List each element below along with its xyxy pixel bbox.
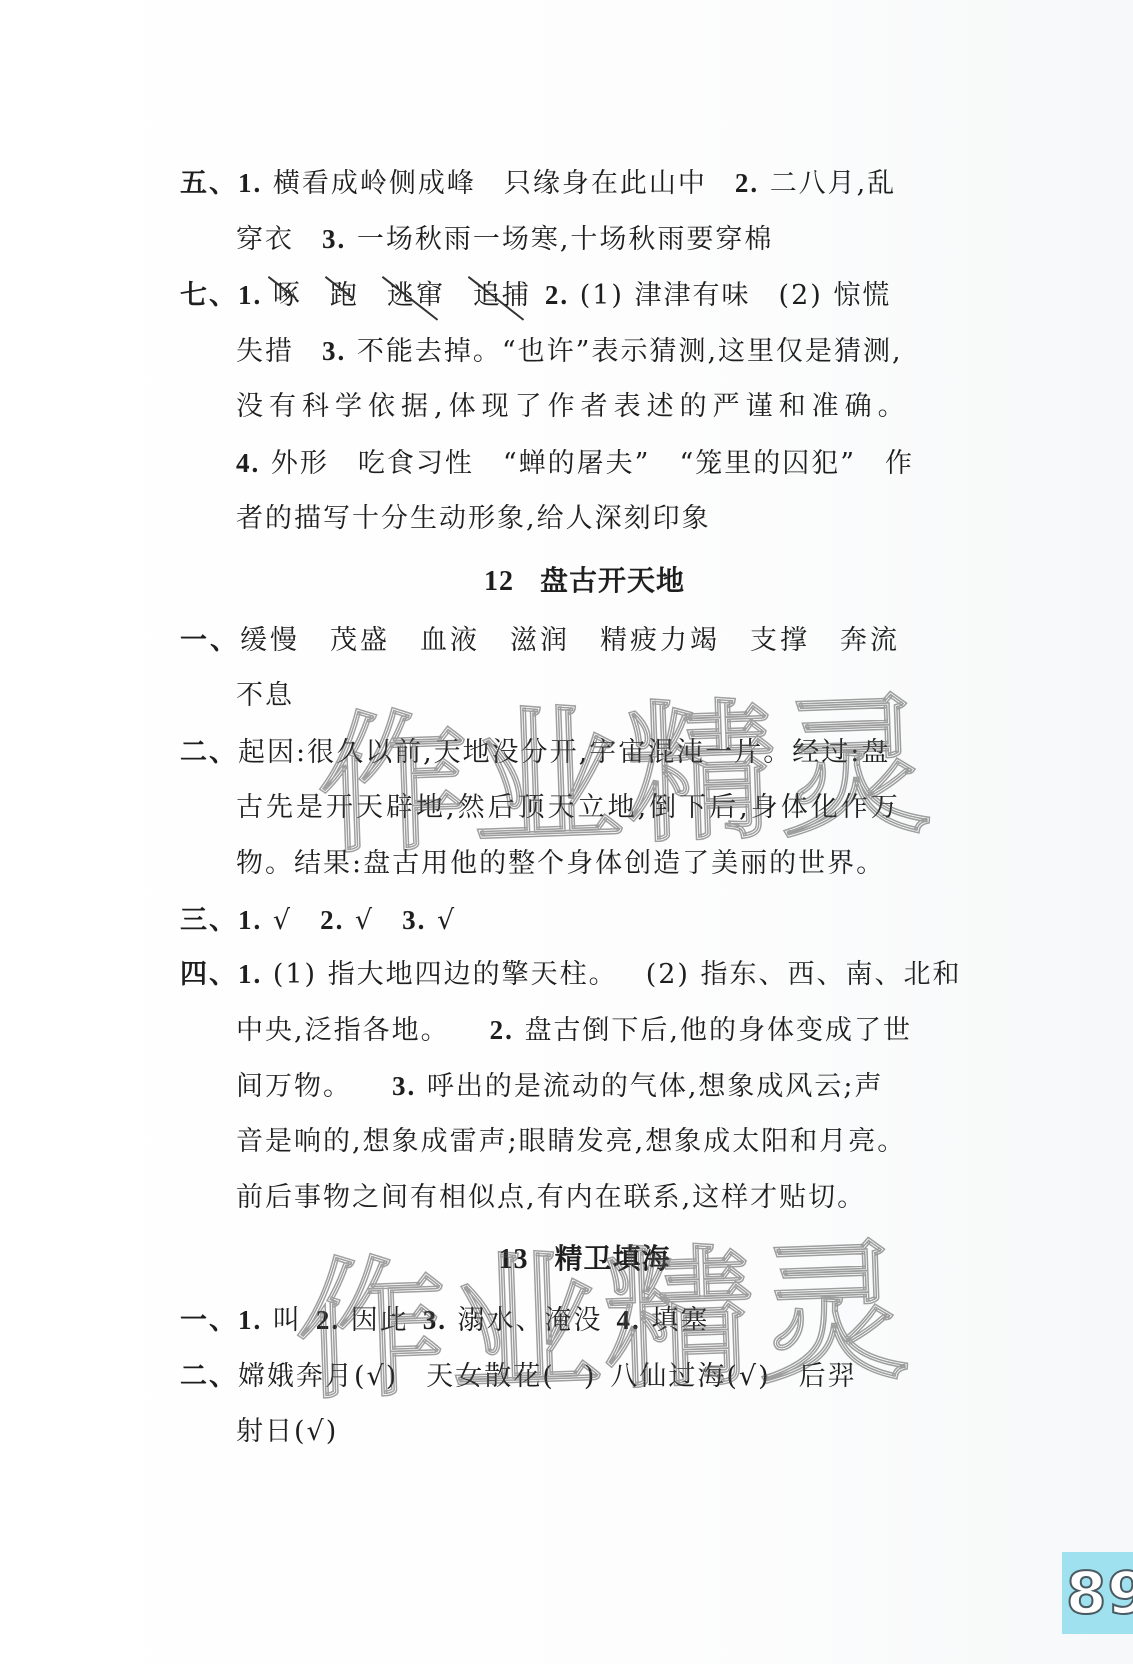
answer-text: 溺水、淹没 bbox=[458, 1305, 603, 1336]
question-label: 五、 bbox=[180, 168, 238, 198]
lesson-heading-13: 13精卫填海 bbox=[18, 1234, 1133, 1285]
document-page: 五、1. 横看成岭侧成峰只缘身在此山中2. 二八月,乱 穿衣3. 一场秋雨一场寒… bbox=[0, 0, 1133, 1664]
answer-line-12-4-2: 中央,泛指各地。2. 盘古倒下后,他的身体变成了世 bbox=[236, 1002, 955, 1058]
answer-line-12-1-1: 一、缓慢 茂盛 血液 滋润 精疲力竭 支撑 奔流 bbox=[180, 612, 955, 668]
check-mark: √ bbox=[355, 905, 374, 936]
answer-text: 失措 bbox=[236, 336, 294, 367]
lesson-number: 13 bbox=[498, 1244, 528, 1275]
answer-text: 横看成岭侧成峰 bbox=[273, 168, 476, 199]
answer-text: 古先是开天辟地,然后顶天立地,倒下后,身体化作万 bbox=[236, 792, 901, 823]
sub-number: (2) bbox=[646, 959, 690, 990]
item-number: 3. bbox=[402, 905, 426, 935]
answer-line-7-2: 失措3. 不能去掉。“也许”表示猜测,这里仅是猜测, bbox=[236, 323, 955, 379]
sub-number: (1) bbox=[580, 280, 624, 311]
answer-text: 外形 吃食习性 “蝉的屠夫” “笼里的囚犯” 作 bbox=[271, 448, 914, 479]
question-label: 一、 bbox=[180, 1305, 238, 1335]
answer-line-13-2-2: 射日(√) bbox=[236, 1404, 955, 1460]
answer-text: 二八月,乱 bbox=[770, 168, 897, 199]
question-label: 四、 bbox=[180, 959, 238, 989]
item-number: 2. bbox=[490, 1015, 514, 1045]
question-label: 七、 bbox=[180, 280, 238, 310]
struck-word: 追捕 bbox=[473, 268, 531, 324]
answer-line-12-4-5: 前后事物之间有相似点,有内在联系,这样才贴切。 bbox=[236, 1170, 955, 1226]
answer-line-12-4-3: 间万物。3. 呼出的是流动的气体,想象成风云;声 bbox=[236, 1058, 955, 1114]
answer-line-5-1: 五、1. 横看成岭侧成峰只缘身在此山中2. 二八月,乱 bbox=[180, 155, 955, 211]
answer-line-12-4-4: 音是响的,想象成雷声;眼睛发亮,想象成太阳和月亮。 bbox=[236, 1114, 955, 1170]
answer-text: 没有科学依据,体现了作者表述的严谨和准确。 bbox=[236, 391, 911, 422]
answer-text: 穿衣 bbox=[236, 224, 294, 255]
item-number: 1. bbox=[238, 168, 262, 198]
sub-number: (1) bbox=[273, 959, 317, 990]
item-number: 2. bbox=[316, 1305, 340, 1335]
answer-text: 呼出的是流动的气体,想象成风云;声 bbox=[427, 1071, 884, 1102]
answer-line-13-1: 一、1. 叫2. 因此3. 溺水、淹没4. 填塞 bbox=[180, 1292, 955, 1348]
answer-text: 填塞 bbox=[651, 1305, 709, 1336]
item-number: 3. bbox=[322, 336, 346, 366]
answer-text: 中央,泛指各地。 bbox=[236, 1015, 450, 1046]
question-label: 二、 bbox=[180, 737, 238, 767]
answer-text: 间万物。 bbox=[236, 1071, 352, 1102]
answer-text: 前后事物之间有相似点,有内在联系,这样才贴切。 bbox=[236, 1182, 866, 1213]
item-number: 2. bbox=[545, 280, 569, 310]
answer-text: 盘古倒下后,他的身体变成了世 bbox=[524, 1015, 912, 1046]
answer-line-7-3: 没有科学依据,体现了作者表述的严谨和准确。 bbox=[236, 379, 955, 435]
item-number: 3. bbox=[392, 1071, 416, 1101]
idiom-item: 八仙过海(√) bbox=[610, 1361, 770, 1392]
answer-text: 因此 bbox=[351, 1305, 409, 1336]
answer-line-12-2-3: 物。结果:盘古用他的整个身体创造了美丽的世界。 bbox=[236, 836, 955, 892]
answer-line-7-4: 4. 外形 吃食习性 “蝉的屠夫” “笼里的囚犯” 作 bbox=[236, 435, 955, 491]
item-number: 4. bbox=[236, 448, 260, 478]
answer-line-13-2-1: 二、嫦娥奔月(√)天女散花( )八仙过海(√)后羿 bbox=[180, 1348, 955, 1404]
answer-line-12-4-1: 四、1. (1) 指大地四边的擎天柱。(2) 指东、西、南、北和 bbox=[180, 946, 955, 1002]
answer-text: 惊慌 bbox=[833, 280, 891, 311]
answer-line-12-2-2: 古先是开天辟地,然后顶天立地,倒下后,身体化作万 bbox=[236, 780, 955, 836]
answer-text: 者的描写十分生动形象,给人深刻印象 bbox=[236, 503, 711, 534]
lesson-heading-12: 12盘古开天地 bbox=[18, 556, 1133, 607]
item-number: 1. bbox=[238, 1305, 262, 1335]
answer-text: 不能去掉。“也许”表示猜测,这里仅是猜测, bbox=[357, 336, 903, 367]
answer-line-5-2: 穿衣3. 一场秋雨一场寒,十场秋雨要穿棉 bbox=[236, 211, 955, 267]
idiom-item: 后羿 bbox=[799, 1361, 857, 1392]
answer-line-12-2-1: 二、起因:很久以前,天地没分开,宇宙混沌一片。经过:盘 bbox=[180, 724, 955, 780]
question-label: 二、 bbox=[180, 1361, 238, 1391]
answer-text: 指大地四边的擎天柱。 bbox=[328, 959, 618, 990]
answer-text: 一场秋雨一场寒,十场秋雨要穿棉 bbox=[357, 224, 774, 255]
answer-line-7-5: 者的描写十分生动形象,给人深刻印象 bbox=[236, 491, 955, 547]
lesson-title: 精卫填海 bbox=[554, 1242, 670, 1275]
answer-text: 音是响的,想象成雷声;眼睛发亮,想象成太阳和月亮。 bbox=[236, 1126, 906, 1157]
answer-text: 不息 bbox=[236, 680, 294, 711]
item-number: 3. bbox=[423, 1305, 447, 1335]
question-label: 三、 bbox=[180, 905, 238, 935]
answer-text: 射日(√) bbox=[236, 1416, 338, 1447]
answer-text: 指东、西、南、北和 bbox=[701, 959, 962, 990]
struck-word: 逃窜 bbox=[387, 268, 445, 324]
item-number: 3. bbox=[322, 224, 346, 254]
item-number: 1. bbox=[238, 905, 262, 935]
question-label: 一、 bbox=[180, 625, 240, 655]
answer-text: 物。结果:盘古用他的整个身体创造了美丽的世界。 bbox=[236, 848, 885, 879]
answer-line-7-1: 七、1. 啄跑逃窜追捕2. (1) 津津有味(2) 惊慌 bbox=[180, 267, 955, 323]
answer-text: 津津有味 bbox=[635, 280, 751, 311]
answer-line-12-1-2: 不息 bbox=[236, 668, 955, 724]
item-number: 1. bbox=[238, 959, 262, 989]
struck-word: 跑 bbox=[330, 268, 359, 324]
lesson-number: 12 bbox=[484, 566, 514, 597]
page-number: 89 bbox=[1066, 1558, 1133, 1628]
idiom-item: 嫦娥奔月(√) bbox=[238, 1361, 398, 1392]
answer-text: 叫 bbox=[273, 1305, 302, 1336]
answer-text: 缓慢 茂盛 血液 滋润 精疲力竭 支撑 奔流 bbox=[240, 625, 900, 656]
lesson-title: 盘古开天地 bbox=[540, 564, 685, 597]
answer-text: 起因:很久以前,天地没分开,宇宙混沌一片。经过:盘 bbox=[238, 737, 890, 768]
answer-text: 只缘身在此山中 bbox=[504, 168, 707, 199]
item-number: 1. bbox=[238, 280, 262, 310]
check-mark: √ bbox=[437, 905, 456, 936]
item-number: 2. bbox=[735, 168, 759, 198]
page-number-badge: 89 bbox=[1062, 1552, 1133, 1634]
struck-word: 啄 bbox=[273, 268, 302, 324]
answer-line-12-3: 三、1. √2. √3. √ bbox=[180, 892, 955, 948]
item-number: 4. bbox=[617, 1305, 641, 1335]
check-mark: √ bbox=[273, 905, 292, 936]
item-number: 2. bbox=[320, 905, 344, 935]
idiom-item: 天女散花( ) bbox=[426, 1361, 596, 1392]
sub-number: (2) bbox=[779, 280, 823, 311]
